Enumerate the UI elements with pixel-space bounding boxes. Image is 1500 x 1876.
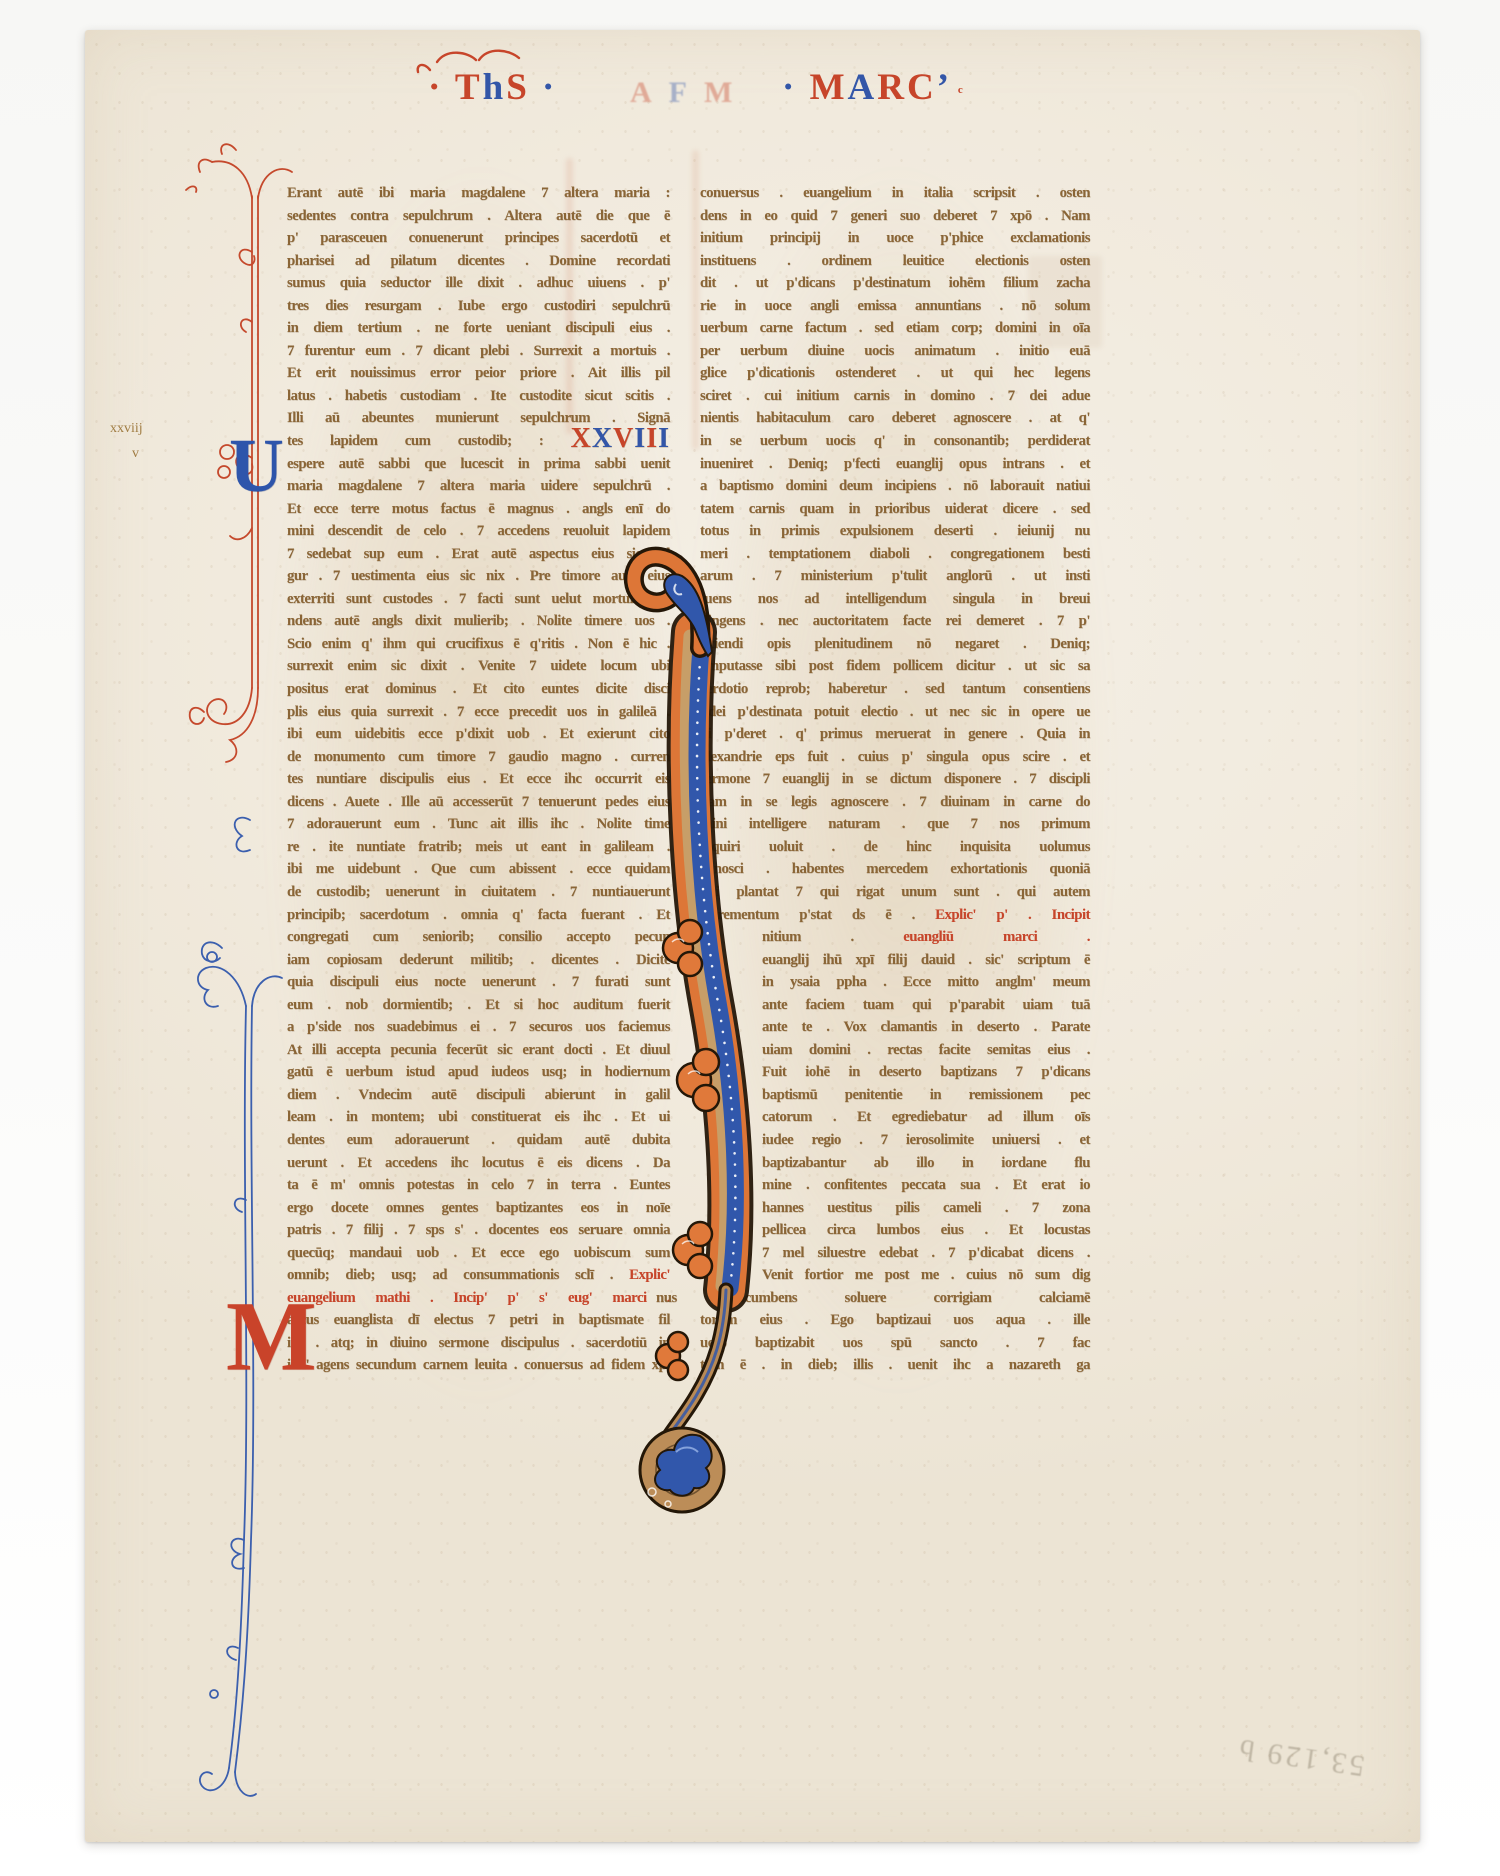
rubric-segment: A xyxy=(630,76,669,109)
text-line: surrexit enim sic dixit . Venite 7 uidet… xyxy=(287,655,670,678)
rubric-segment: F xyxy=(669,76,704,109)
text-line: euanglij ihū xpī filij dauid . sic' scri… xyxy=(762,949,1090,972)
text-line: pharisei ad pilatum dicentes . Domine re… xyxy=(287,250,670,273)
text-line: glice p'dicationis ostenderet . ut qui h… xyxy=(700,362,1090,385)
rubric-segment: R xyxy=(877,67,907,108)
text-line: leam . in montem; ubi constituerat eis i… xyxy=(287,1106,670,1129)
text-line: omnib; dieb; usq; ad consummationis sclī… xyxy=(287,1264,670,1287)
text-line: sermone 7 euanglij in se dictum disponer… xyxy=(700,768,1090,791)
text-line: p' parasceuen conuenerunt principes sace… xyxy=(287,227,670,250)
text-line: a p'side nos suadebimus ei . 7 securos u… xyxy=(287,1016,670,1039)
text-line: quia discipuli eius nocte uenerunt . 7 f… xyxy=(287,971,670,994)
rubric-segment: I xyxy=(634,423,646,454)
rubric-segment: A xyxy=(848,67,878,108)
text-line: tres dies resurgam . Iube ergo custodiri… xyxy=(287,295,670,318)
text-line: principib; sacerdotum . omnia q' facta f… xyxy=(287,904,670,927)
text-line: uerunt . Et accedens ihc locutus ē eis d… xyxy=(287,1152,670,1175)
text-line: ibi me uidebunt . Que cum abissent . ecc… xyxy=(287,858,670,881)
text-line: arcus euanglista dī electus 7 petri in b… xyxy=(287,1309,670,1332)
text-line: 7 sedebat sup eum . Erat autē aspectus e… xyxy=(287,543,670,566)
text-line: dens in eo quid 7 generi suo deberet 7 x… xyxy=(700,205,1090,228)
text-line: Scio enim q' ihm qui crucifixus ē q'riti… xyxy=(287,633,670,656)
text-line: alexandrie eps fuit . cuius p' singula o… xyxy=(700,746,1090,769)
text-column-1: Erant autē ibi maria magdalene 7 altera … xyxy=(287,182,670,1377)
text-line: in ysaia ppha . Ecce mitto anglm' meum xyxy=(762,971,1090,994)
text-line: torum eius . Ego baptizaui uos aqua . il… xyxy=(700,1309,1090,1332)
text-line: euangelium mathi . Incip' p' s' eug' mar… xyxy=(287,1287,670,1310)
text-line: cerdotio reprob; haberetur . sed tantum … xyxy=(700,678,1090,701)
text-line: Fuit iohē in deserto baptizans 7 p'dican… xyxy=(762,1061,1090,1084)
text-line: uero baptizabit uos spū sancto . 7 fac xyxy=(700,1332,1090,1355)
text-column-2: conuersus . euangelium in italia scripsi… xyxy=(700,182,1090,1377)
rubric-segment: h xyxy=(483,67,507,108)
text-line: Et erit nouissimus error peior priore . … xyxy=(287,362,670,385)
text-line: nitium . euangliū marci . xyxy=(762,926,1090,949)
photo-background: · ThS · AFM · MARC’ c xxviij v Erant aut… xyxy=(0,0,1500,1876)
rubric-segment: I xyxy=(658,423,670,454)
rubric-segment: X xyxy=(571,423,592,454)
text-line: dicens . Auete . Ille aū accesserūt 7 te… xyxy=(287,791,670,814)
text-line: ibi eum uidebitis ecce p'dixit uob . Et … xyxy=(287,723,670,746)
rubric-segment: · xyxy=(782,67,810,108)
rubric-segment: X xyxy=(592,423,613,454)
text-line: tes nuntiare discipulis eius . Et ecce i… xyxy=(287,768,670,791)
running-title-marc: · MARC’ c xyxy=(782,66,966,109)
text-line: de custodib; uenerunt in ciuitatem . 7 n… xyxy=(287,881,670,904)
text-line: nientis habitaculum caro deberet agnosce… xyxy=(700,407,1090,430)
text-line: plis eius quia surrexit . 7 ecce precedi… xyxy=(287,701,670,724)
text-line: bi p'deret . q' primus meruerat in gener… xyxy=(700,723,1090,746)
text-line: ante te . Vox clamantis in deserto . Par… xyxy=(762,1016,1090,1039)
text-line: exterriti sunt custodes . 7 facti sunt u… xyxy=(287,588,670,611)
text-line: rie in uoce angli emissa annuntians . nō… xyxy=(700,295,1090,318)
text-line: eum . nob dormientib; . Et si hoc auditu… xyxy=(287,994,670,1017)
text-line: tum ē . in dieb; illis . uenit ihc a naz… xyxy=(700,1354,1090,1377)
offset-ink-ghost xyxy=(692,150,699,450)
text-line: hannes uestitus pilis cameli . 7 zona xyxy=(762,1197,1090,1220)
text-line: initium principij in uoce p'phice exclam… xyxy=(700,227,1090,250)
text-line: conuersus . euangelium in italia scripsi… xyxy=(700,182,1090,205)
text-line: instituens . ordinem leuitice electionis… xyxy=(700,250,1090,273)
text-line: incrementum p'stat ds ē . Explic' p' . I… xyxy=(700,904,1090,927)
text-line: mine . confitentes peccata sua . Et erat… xyxy=(762,1174,1090,1197)
text-line: inueniret . Deniq; p'fecti euanglij opus… xyxy=(700,453,1090,476)
text-line: mini intelligere naturam . que 7 nos pri… xyxy=(700,813,1090,836)
text-line: baptismū penitentie in remissionem pec xyxy=(762,1084,1090,1107)
text-line: catorum . Et egrediebatur ad illum oīs xyxy=(762,1106,1090,1129)
text-line: At illi accepta pecunia fecerūt sic eran… xyxy=(287,1039,670,1062)
text-line: meri . temptationem diaboli . congregati… xyxy=(700,543,1090,566)
running-title-ihs: · ThS · xyxy=(428,66,557,109)
text-line: sedentes contra sepulchrum . Altera autē… xyxy=(287,205,670,228)
rubric-segment: Explic' xyxy=(629,1267,670,1283)
rubric-segment: I xyxy=(646,423,658,454)
marginal-note-line2: v xyxy=(110,441,143,466)
rubric-segment: Explic' p' . Incipit xyxy=(935,907,1090,923)
text-line: per uerbum diuine uocis animatum . initi… xyxy=(700,340,1090,363)
text-line: tes lapidem cum custodib; : XXVIII xyxy=(287,430,670,453)
text-line: sumus quia seductor ille dixit . adhuc u… xyxy=(287,272,670,295)
text-line: nam in se legis agnoscere . 7 diuinam in… xyxy=(700,791,1090,814)
rubric-segment: C xyxy=(907,67,937,108)
text-line: a baptismo domini deum incipiens . nō la… xyxy=(700,475,1090,498)
rubric-segment: M xyxy=(704,76,749,109)
rubric-segment: T xyxy=(455,67,483,108)
text-line: in diem tertium . ne forte ueniant disci… xyxy=(287,317,670,340)
text-line: maria magdalene 7 altera maria uidere se… xyxy=(287,475,670,498)
text-line: uiam domini . rectas facite semitas eius… xyxy=(762,1039,1090,1062)
text-line: in se uerbum uocis q' in consonantib; pe… xyxy=(700,430,1090,453)
text-line: pingens . nec auctoritatem facte rei dem… xyxy=(700,610,1090,633)
rubric-segment: S xyxy=(506,67,530,108)
rubric-segment: V xyxy=(613,423,634,454)
text-line: dit . ut p'dicans p'destinatum iohēm fil… xyxy=(700,272,1090,295)
text-line: re . ite nuntiate fratrib; meis ut eant … xyxy=(287,836,670,859)
text-segment: incrementum p'stat ds ē . xyxy=(700,907,935,923)
text-segment: tes lapidem cum custodib; : xyxy=(287,433,571,449)
text-line: isrl' agens secundum carnem leuita . con… xyxy=(287,1354,670,1377)
text-line: Erant autē ibi maria magdalene 7 altera … xyxy=(287,182,670,205)
marginal-note-line1: xxviij xyxy=(110,421,143,436)
text-line: quecūq; mandaui uob . Et ecce ego uobisc… xyxy=(287,1242,670,1265)
text-line: 7 furentur eum . 7 dicant plebi . Surrex… xyxy=(287,340,670,363)
rubric-segment: euangelium mathi . Incip' p' s' eug' mar… xyxy=(287,1290,670,1306)
text-line: sciret . cui initium carnis in domino . … xyxy=(700,385,1090,408)
text-line: ndens autē angls dixit mulierib; . Nolit… xyxy=(287,610,670,633)
text-line: patris . 7 filij . 7 sps s' . docentes e… xyxy=(287,1219,670,1242)
text-line: de monumento cum timore 7 gaudio magno .… xyxy=(287,746,670,769)
text-line: fidei p'destinata potuit electio . ut ne… xyxy=(700,701,1090,724)
text-line: congregati cum seniorib; consilio accept… xyxy=(287,926,670,949)
text-line: qui plantat 7 qui rigat unum sunt . qui … xyxy=(700,881,1090,904)
text-line: gur . 7 uestimenta eius sic nix . Pre ti… xyxy=(287,565,670,588)
text-line: baptizabantur ab illo in iordane flu xyxy=(762,1152,1090,1175)
text-line: Et ecce terre motus factus ē magnus . an… xyxy=(287,498,670,521)
text-line: diem . Vndecim autē discipuli abierunt i… xyxy=(287,1084,670,1107)
text-line: ius . atq; in diuino sermone discipulus … xyxy=(287,1332,670,1355)
rubric-segment: c xyxy=(952,84,966,96)
text-line: gatū ē uerbum istud apud iudeos usq; in … xyxy=(287,1061,670,1084)
text-line: inquiri uoluit . de hinc inquisita uolum… xyxy=(700,836,1090,859)
text-segment: omnib; dieb; usq; ad consummationis sclī… xyxy=(287,1267,629,1283)
text-line: arum . 7 ministerium p'tulit anglorū . u… xyxy=(700,565,1090,588)
text-line: 7 adorauerunt eum . Tunc ait illis ihc .… xyxy=(287,813,670,836)
text-line: ficiendi opis plenitudinem nō negaret . … xyxy=(700,633,1090,656)
rubric-segment: M xyxy=(810,67,848,108)
text-line: iam copiosam dederunt militib; . dicente… xyxy=(287,949,670,972)
marginal-chapter-note: xxviij v xyxy=(110,416,143,466)
text-line: iudee regio . 7 ierosolimite uniuersi . … xyxy=(762,1129,1090,1152)
running-title-ghost-offset: AFM xyxy=(630,76,749,110)
rubric-segment: euangliū marci . xyxy=(903,929,1090,945)
text-line: tatem carnis quam in prioribus uiderat d… xyxy=(700,498,1090,521)
text-line: nus procumbens soluere corrigiam calciam… xyxy=(656,1287,1090,1310)
text-line: agnosci . habentes mercedem exhortationi… xyxy=(700,858,1090,881)
text-line: Venit fortior me post me . cuius nō sum … xyxy=(762,1264,1090,1287)
text-line: positus erat dominus . Et cito euntes di… xyxy=(287,678,670,701)
text-line: 7 mel siluestre edebat . 7 p'dicabat dic… xyxy=(762,1242,1090,1265)
text-line: ante faciem tuam qui p'parabit uiam tuā xyxy=(762,994,1090,1017)
rubric-segment: ’ xyxy=(937,67,952,108)
text-line: tuens nos ad intelligendum singula in br… xyxy=(700,588,1090,611)
text-line: ergo docete omnes gentes baptizantes eos… xyxy=(287,1197,670,1220)
text-line: amputasse sibi post fidem pollicem dicit… xyxy=(700,655,1090,678)
prologue-initial-m: M xyxy=(226,1286,317,1386)
text-line: ta ē m' omnis potestas in celo 7 in terr… xyxy=(287,1174,670,1197)
chapter-initial-u: U xyxy=(229,428,284,504)
text-line: uerbum carne factum . sed etiam corp; do… xyxy=(700,317,1090,340)
text-segment: nitium . xyxy=(762,929,903,945)
text-line: latus . habetis custodiam . Ite custodit… xyxy=(287,385,670,408)
text-line: mini descendit de celo . 7 accedens reuo… xyxy=(287,520,670,543)
text-line: dentes eum adorauerunt . quidam autē dub… xyxy=(287,1129,670,1152)
text-line: totus in primis expulsionem deserti . ie… xyxy=(700,520,1090,543)
text-line: pellicea circa lumbos eius . Et locustas xyxy=(762,1219,1090,1242)
rubric-segment: · xyxy=(428,67,455,108)
text-line: espere autē sabbi que lucescit in prima … xyxy=(287,453,670,476)
rubric-segment: · xyxy=(530,67,558,108)
